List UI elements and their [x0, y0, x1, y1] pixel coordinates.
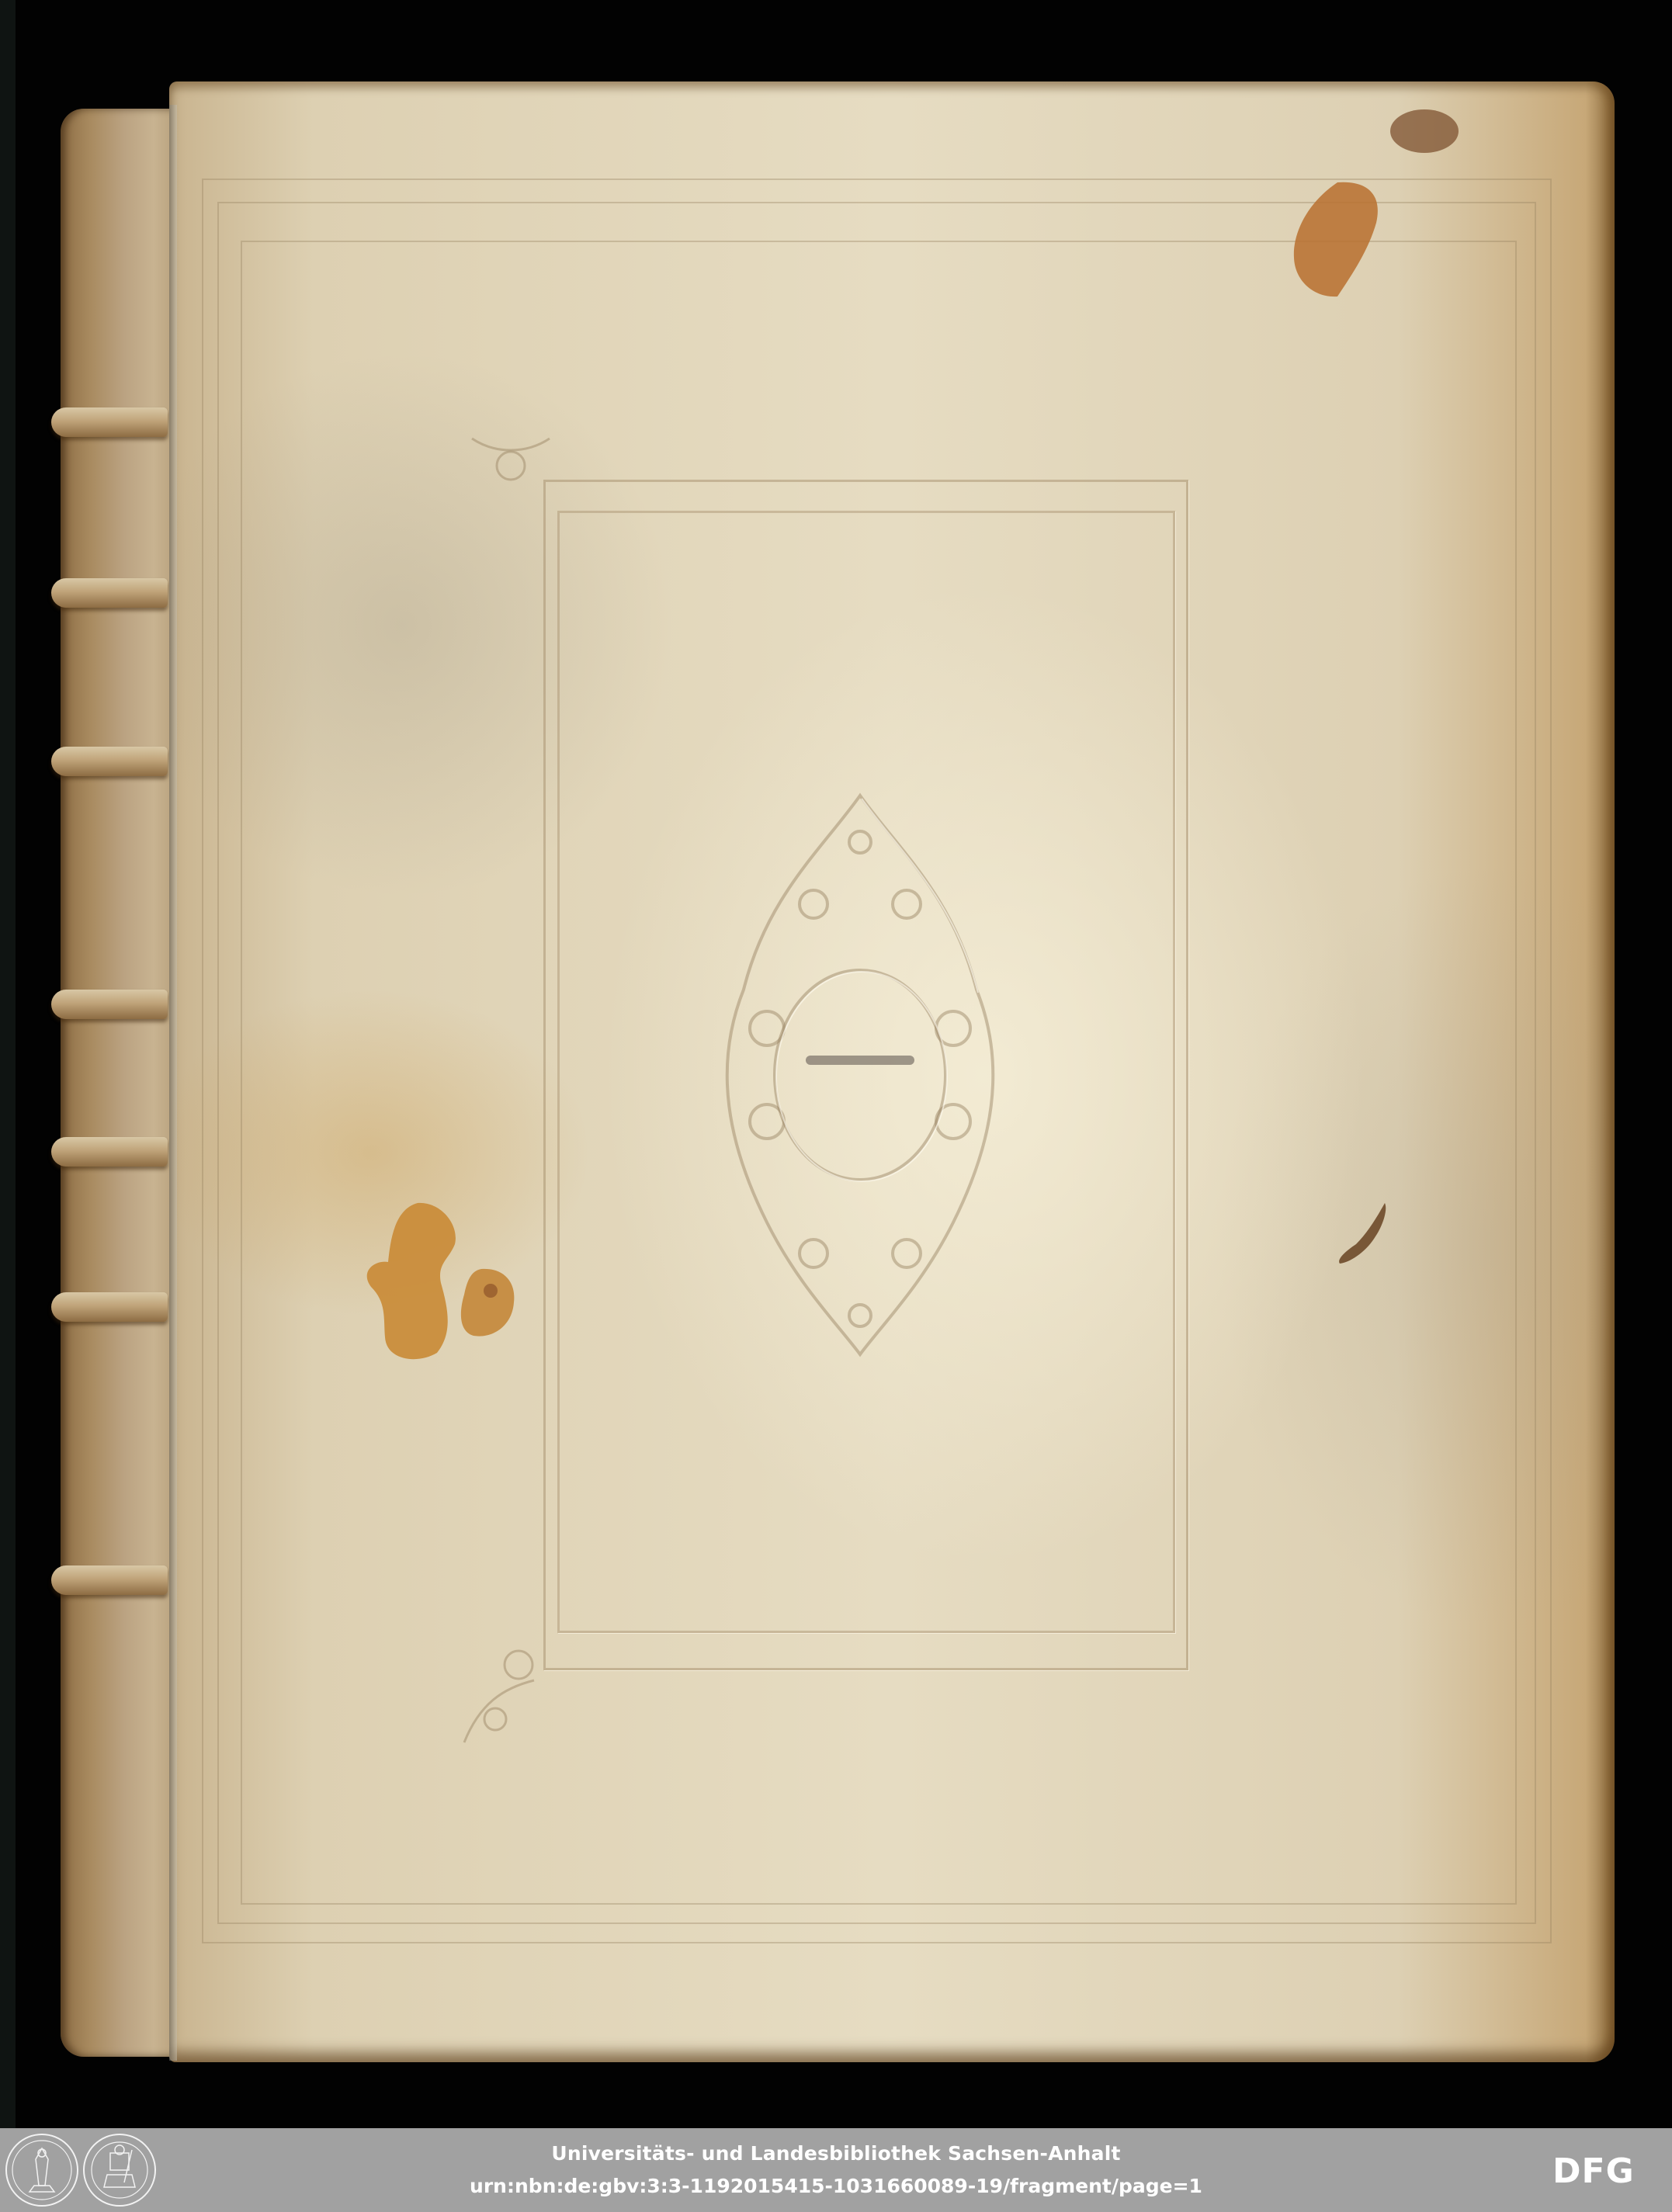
central-ornament-icon: [697, 788, 1023, 1362]
urn-identifier: urn:nbn:de:gbv:3:3-1192015415-1031660089…: [0, 2175, 1672, 2197]
mark-right-dark: [1337, 1201, 1389, 1265]
spine-band: [51, 990, 168, 1019]
spine-joint: [169, 105, 177, 2061]
stain-top-right-large: [1291, 180, 1384, 299]
scanner-edge-strip: [0, 0, 16, 2128]
book: [61, 81, 1615, 2062]
scan-image: [0, 0, 1672, 2128]
footer-bar: Universitäts- und Landesbibliothek Sachs…: [0, 2128, 1672, 2212]
dfg-logo: DFG: [1552, 2151, 1635, 2191]
stain-top-right-small: [1389, 107, 1459, 155]
spine-band: [51, 407, 168, 437]
spine-band: [51, 578, 168, 608]
institution-name: Universitäts- und Landesbibliothek Sachs…: [0, 2142, 1672, 2165]
spine-band: [51, 1565, 168, 1595]
spine-band: [51, 1137, 168, 1167]
stain-left-large: [363, 1201, 460, 1362]
corner-ornament-icon: [449, 1634, 557, 1750]
book-spine: [61, 109, 177, 2057]
spine-band: [51, 1292, 168, 1322]
corner-ornament-icon: [464, 423, 557, 508]
spine-band: [51, 747, 168, 776]
front-cover: [169, 81, 1615, 2062]
stain-left-small: [458, 1267, 516, 1339]
